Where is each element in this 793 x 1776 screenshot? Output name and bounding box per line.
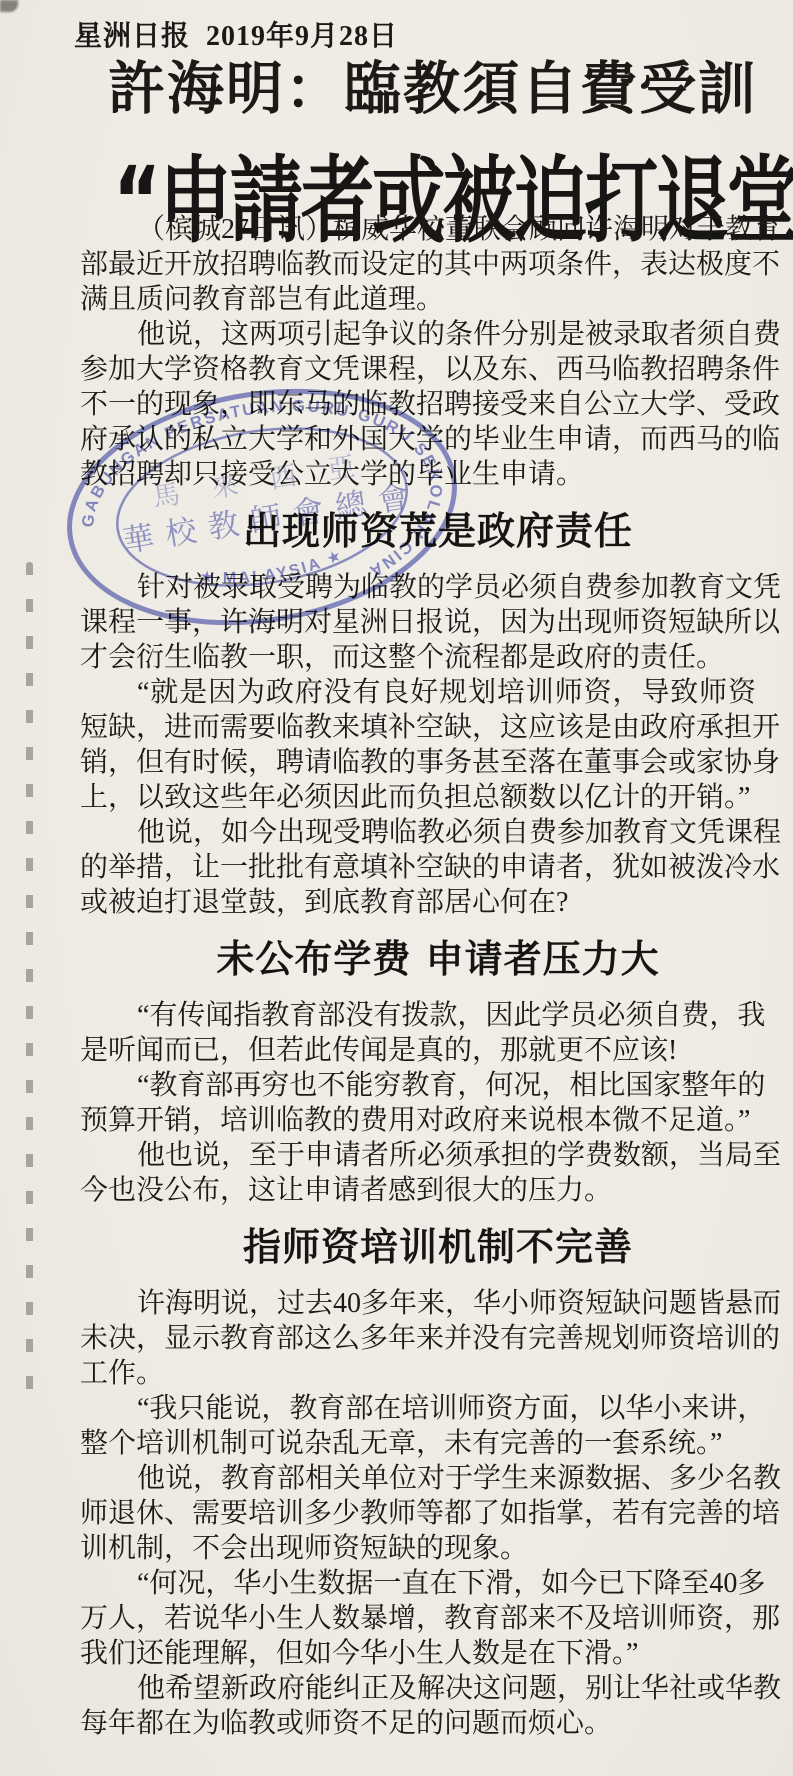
paragraph: （槟城27日讯）槟威华校董联会顾问许海明对于教育部最近开放招聘临教而设定的其中两… bbox=[80, 212, 756, 317]
text-line: 满且质问教育部岂有此道理。 bbox=[80, 282, 756, 317]
article-body: （槟城27日讯）槟威华校董联会顾问许海明对于教育部最近开放招聘临教而设定的其中两… bbox=[80, 212, 756, 1741]
text-line: 我们还能理解，但如今华小生人数是在下滑。” bbox=[80, 1636, 756, 1671]
text-line: 或被迫打退堂鼓，到底教育部居心何在? bbox=[80, 885, 756, 920]
paragraph: 他也说，至于申请者所必须承担的学费数额，当局至今也没公布，这让申请者感到很大的压… bbox=[80, 1138, 756, 1208]
text-line: 府承认的私立大学和外国大学的毕业生申请，而西马的临 bbox=[80, 422, 756, 457]
text-line: 今也没公布，这让申请者感到很大的压力。 bbox=[80, 1173, 756, 1208]
text-line: 针对被录取受聘为临教的学员必须自费参加教育文凭 bbox=[80, 570, 756, 605]
text-line: “有传闻指教育部没有拨款，因此学员必须自费，我 bbox=[80, 998, 756, 1033]
text-line: 许海明说，过去40多年来，华小师资短缺问题皆悬而 bbox=[80, 1286, 756, 1321]
text-line: 他说，教育部相关单位对于学生来源数据、多少名教 bbox=[80, 1461, 756, 1496]
text-line: 销，但有时候，聘请临教的事务甚至落在董事会或家协身 bbox=[80, 745, 756, 780]
text-line: 参加大学资格教育文凭课程，以及东、西马临教招聘条件 bbox=[80, 352, 756, 387]
paragraph: “何况，华小生数据一直在下滑，如今已下降至40多万人，若说华小生人数暴增，教育部… bbox=[80, 1566, 756, 1671]
text-line: 他说，这两项引起争议的条件分别是被录取者须自费 bbox=[80, 317, 756, 352]
text-line: 短缺，进而需要临教来填补空缺，这应该是由政府承担开 bbox=[80, 710, 756, 745]
text-line: “何况，华小生数据一直在下滑，如今已下降至40多 bbox=[80, 1566, 756, 1601]
paragraph: 他说，教育部相关单位对于学生来源数据、多少名教师退休、需要培训多少教师等都了如指… bbox=[80, 1461, 756, 1566]
paragraph: 他说，这两项引起争议的条件分别是被录取者须自费参加大学资格教育文凭课程，以及东、… bbox=[80, 317, 756, 492]
paragraph: 他希望新政府能纠正及解决这问题，别让华社或华教每年都在为临教或师资不足的问题而烦… bbox=[80, 1671, 756, 1741]
text-line: 他也说，至于申请者所必须承担的学费数额，当局至 bbox=[80, 1138, 756, 1173]
text-line: 工作。 bbox=[80, 1356, 756, 1391]
text-line: “就是因为政府没有良好规划培训师资，导致师资 bbox=[80, 675, 756, 710]
text-line: 不一的现象，即东马的临教招聘接受来自公立大学、受政 bbox=[80, 387, 756, 422]
paragraph: 针对被录取受聘为临教的学员必须自费参加教育文凭课程一事，许海明对星洲日报说，因为… bbox=[80, 570, 756, 675]
text-line: 部最近开放招聘临教而设定的其中两项条件，表达极度不 bbox=[80, 247, 756, 282]
text-line: 是听闻而已，但若此传闻是真的，那就更不应该! bbox=[80, 1033, 756, 1068]
text-line: （槟城27日讯）槟威华校董联会顾问许海明对于教育 bbox=[80, 212, 756, 247]
text-line: 课程一事，许海明对星洲日报说，因为出现师资短缺所以 bbox=[80, 605, 756, 640]
text-line: 未决，显示教育部这么多年来并没有完善规划师资培训的 bbox=[80, 1321, 756, 1356]
text-line: 他希望新政府能纠正及解决这问题，别让华社或华教 bbox=[80, 1671, 756, 1706]
text-line: 万人，若说华小生人数暴增，教育部来不及培训师资，那 bbox=[80, 1601, 756, 1636]
text-line: “教育部再穷也不能穷教育，何况，相比国家整年的 bbox=[80, 1068, 756, 1103]
scan-artifact-corner bbox=[0, 0, 18, 12]
text-line: 才会衍生临教一职，而这整个流程都是政府的责任。 bbox=[80, 640, 756, 675]
text-line: 预算开销，培训临教的费用对政府来说根本微不足道。” bbox=[80, 1103, 756, 1138]
masthead-source-date: 星洲日报 2019年9月28日 bbox=[74, 14, 398, 54]
scan-artifact-left-edge bbox=[26, 562, 33, 1412]
paragraph: “我只能说，教育部在培训师资方面，以华小来讲，整个培训机制可说杂乱无章，未有完善… bbox=[80, 1391, 756, 1461]
text-line: 的举措，让一批批有意填补空缺的申请者，犹如被泼冷水 bbox=[80, 850, 756, 885]
section-heading: 出现师资荒是政府责任 bbox=[100, 510, 776, 552]
paragraph: 他说，如今出现受聘临教必须自费参加教育文凭课程的举措，让一批批有意填补空缺的申请… bbox=[80, 815, 756, 920]
text-line: 他说，如今出现受聘临教必须自费参加教育文凭课程 bbox=[80, 815, 756, 850]
section-heading: 指师资培训机制不完善 bbox=[100, 1226, 776, 1268]
text-line: “我只能说，教育部在培训师资方面，以华小来讲， bbox=[80, 1391, 756, 1426]
text-line: 教招聘却只接受公立大学的毕业生申请。 bbox=[80, 457, 756, 492]
text-line: 每年都在为临教或师资不足的问题而烦心。 bbox=[80, 1706, 756, 1741]
headline-secondary: 許海明：臨教須自費受訓 bbox=[36, 52, 793, 128]
text-line: 训机制，不会出现师资短缺的现象。 bbox=[80, 1531, 756, 1566]
paragraph: “教育部再穷也不能穷教育，何况，相比国家整年的预算开销，培训临教的费用对政府来说… bbox=[80, 1068, 756, 1138]
paragraph: “就是因为政府没有良好规划培训师资，导致师资短缺，进而需要临教来填补空缺，这应该… bbox=[80, 675, 756, 815]
newspaper-clipping-scan: 星洲日报 2019年9月28日 許海明：臨教須自費受訓 “申請者或被迫打退堂鼓”… bbox=[0, 0, 793, 1776]
paragraph: 许海明说，过去40多年来，华小师资短缺问题皆悬而未决，显示教育部这么多年来并没有… bbox=[80, 1286, 756, 1391]
section-heading: 未公布学费 申请者压力大 bbox=[100, 938, 776, 980]
text-line: 上，以致这些年必须因此而负担总额数以亿计的开销。” bbox=[80, 780, 756, 815]
text-line: 师退休、需要培训多少教师等都了如指掌，若有完善的培 bbox=[80, 1496, 756, 1531]
text-line: 整个培训机制可说杂乱无章，未有完善的一套系统。” bbox=[80, 1426, 756, 1461]
paragraph: “有传闻指教育部没有拨款，因此学员必须自费，我是听闻而已，但若此传闻是真的，那就… bbox=[80, 998, 756, 1068]
